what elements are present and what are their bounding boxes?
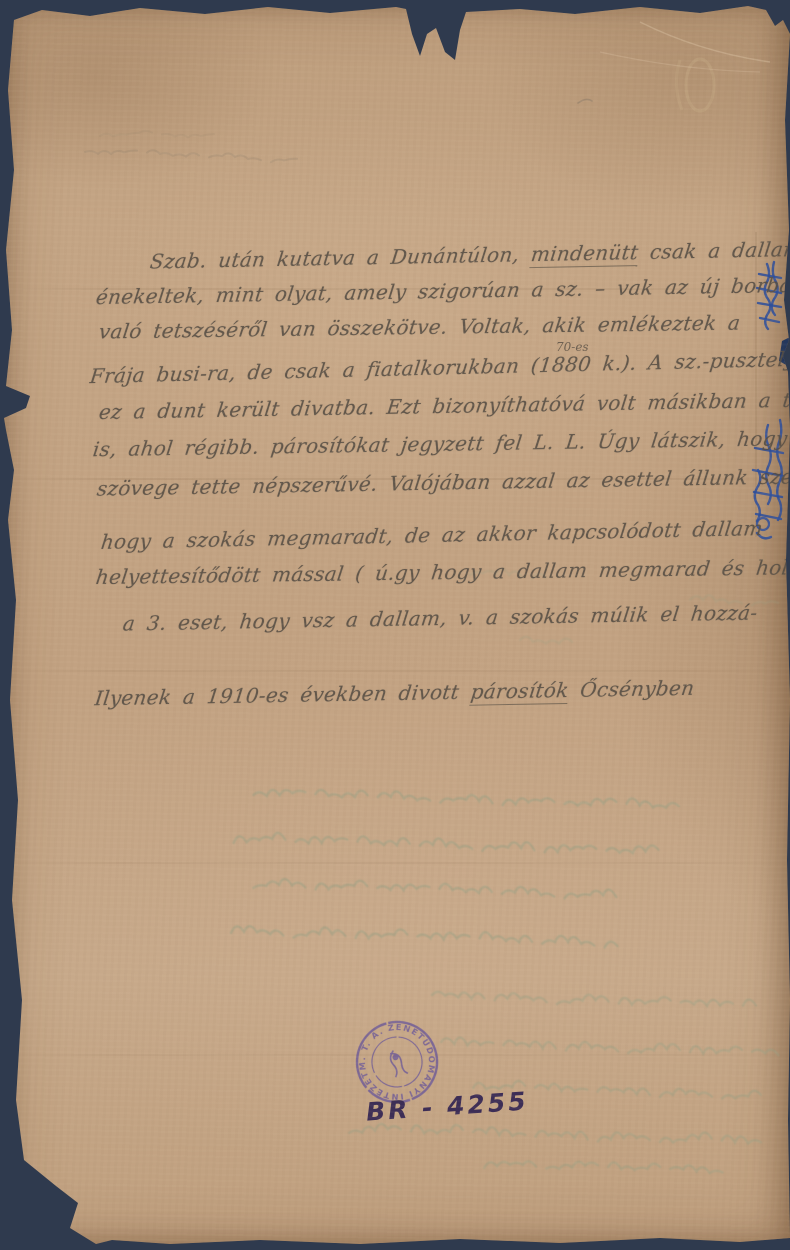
scan-backdrop: Szab. után kutatva a Dunántúlon, mindenü… (0, 0, 790, 1250)
crinkle-ridge (640, 22, 770, 62)
handwritten-line: is, ahol régibb. párosítókat jegyzett fe… (92, 425, 790, 461)
handwritten-line: Ilyenek a 1910-es években divott párosít… (94, 676, 696, 711)
handwritten-line: helyettesítődött mással ( ú.gy hogy a da… (95, 555, 790, 589)
handwritten-line: való tetszéséről van összekötve. Voltak,… (98, 310, 742, 343)
handwritten-line: a 3. eset, hogy vsz a dallam, v. a szoká… (122, 600, 759, 635)
show-through-handwriting-upper (216, 790, 694, 948)
manuscript-paper: Szab. után kutatva a Dunántúlon, mindenü… (0, 0, 790, 1250)
paper-crease (0, 862, 790, 864)
handwritten-line: énekeltek, mint olyat, amely szigorúan a… (95, 273, 790, 309)
handwritten-line: hogy a szokás megmaradt, de az akkor kap… (100, 516, 765, 554)
stamp-emblem (388, 1048, 408, 1077)
ink-smudge (25, 1198, 57, 1218)
handwritten-line: szövege tette népszerűvé. Valójában azza… (96, 463, 790, 500)
superscript-note: 70-es (556, 340, 589, 354)
handwritten-line: Frája busi-ra, de csak a fiatalkorukban … (89, 346, 790, 388)
handwritten-line: ez a dunt került divatba. Ezt bizonyítha… (98, 386, 790, 424)
handwritten-line: Szab. után kutatva a Dunántúlon, mindenü… (149, 237, 790, 274)
crinkle-ridge (600, 52, 760, 72)
pencil-smudge (85, 99, 592, 162)
paper-crease (0, 670, 790, 672)
ghost-ring-mark (676, 59, 714, 111)
